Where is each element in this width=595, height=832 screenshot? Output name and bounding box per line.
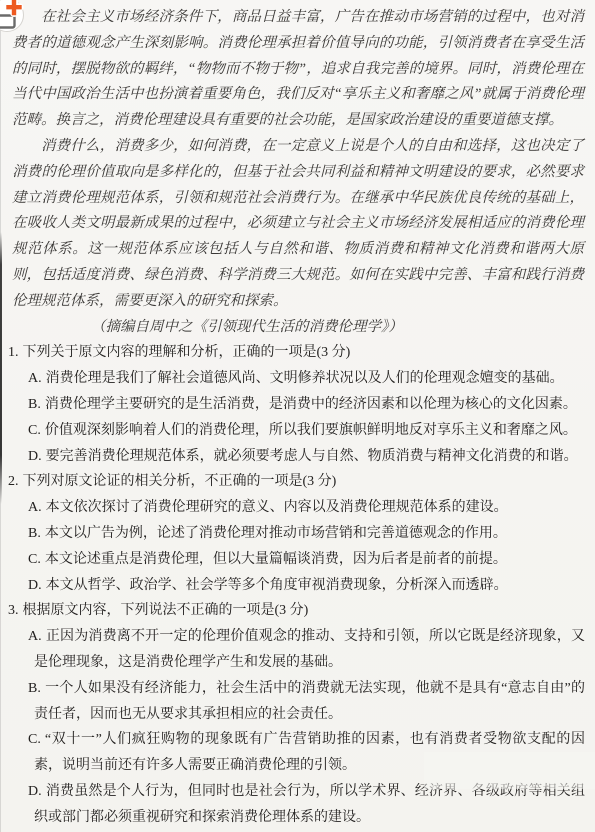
option-text: “双十一”人们疯狂购物的现象既有广告营销助推的因素，也有消费者受物欲支配的因素，…: [34, 732, 585, 773]
reading-passage: 在社会主义市场经济条件下，商品日益丰富，广告在推动市场营销的过程中，也对消费者的…: [0, 5, 595, 340]
option-text: 要完善消费伦理规范体系，就必须要考虑人与自然、物质消费与精神文化消费的和谐。: [46, 449, 578, 464]
question-2-option-d: D.本文从哲学、政治学、社会学等多个角度审视消费现象，分析深入而透辟。: [8, 573, 585, 599]
question-1-stem-text: 下列关于原文内容的理解和分析，正确的一项是(3 分): [23, 345, 351, 360]
option-text: 消费伦理是我们了解社会道德风尚、文明修养状况以及人们的伦理观念嬗变的基础。: [46, 371, 564, 386]
scanned-exam-page: 在社会主义市场经济条件下，商品日益丰富，广告在推动市场营销的过程中，也对消费者的…: [0, 0, 595, 832]
question-2: 2.下列对原文论证的相关分析，不正确的一项是(3 分) A.本文依次探讨了消费伦…: [8, 469, 585, 598]
question-2-option-b: B.本文以广告为例，论述了消费伦理对推动市场营销和完善道德观念的作用。: [8, 521, 585, 547]
screenshot-add-icon[interactable]: [0, 0, 27, 37]
question-1-option-b: B.消费伦理学主要研究的是生活消费，是消费中的经济因素和以伦理为核心的文化因素。: [8, 392, 585, 418]
question-1-option-a: A.消费伦理是我们了解社会道德风尚、文明修养状况以及人们的伦理观念嬗变的基础。: [8, 366, 585, 392]
question-1-option-d: D.要完善消费伦理规范体系，就必须要考虑人与自然、物质消费与精神文化消费的和谐。: [8, 444, 585, 470]
question-1-number: 1.: [8, 345, 23, 360]
option-label: D.: [28, 578, 46, 593]
question-3-number: 3.: [8, 603, 23, 618]
option-text: 本文论述重点是消费伦理，但以大量篇幅谈消费，因为后者是前者的前提。: [45, 552, 507, 567]
question-3-stem-text: 根据原文内容，下列说法不正确的一项是(3 分): [23, 603, 309, 618]
option-label: B.: [28, 681, 45, 696]
question-1-stem: 1.下列关于原文内容的理解和分析，正确的一项是(3 分): [8, 340, 585, 366]
question-section: 1.下列关于原文内容的理解和分析，正确的一项是(3 分) A.消费伦理是我们了解…: [0, 340, 595, 830]
question-2-option-c: C.本文论述重点是消费伦理，但以大量篇幅谈消费，因为后者是前者的前提。: [8, 547, 585, 573]
question-3: 3.根据原文内容，下列说法不正确的一项是(3 分) A.正因为消费离不开一定的伦…: [8, 598, 585, 830]
passage-citation: （摘编自周中之《引领现代生活的消费伦理学》）: [12, 315, 584, 341]
option-label: A.: [28, 500, 46, 515]
question-2-stem-text: 下列对原文论证的相关分析，不正确的一项是(3 分): [23, 474, 337, 489]
question-3-stem: 3.根据原文内容，下列说法不正确的一项是(3 分): [8, 598, 585, 624]
question-1-option-c: C.价值观深刻影响着人们的消费伦理，所以我们要旗帜鲜明地反对享乐主义和奢靡之风。: [8, 418, 585, 444]
question-2-option-a: A.本文依次探讨了消费伦理研究的意义、内容以及消费伦理规范体系的建设。: [8, 495, 585, 521]
option-label: B.: [28, 526, 45, 541]
question-3-option-a: A.正因为消费离不开一定的伦理价值观念的推动、支持和引领，所以它既是经济现象，又…: [8, 624, 585, 676]
option-label: A.: [28, 371, 46, 386]
option-label: C.: [28, 732, 45, 747]
option-text: 正因为消费离不开一定的伦理价值观念的推动、支持和引领，所以它既是经济现象，又是伦…: [34, 629, 585, 670]
option-label: A.: [28, 629, 46, 644]
option-text: 本文以广告为例，论述了消费伦理对推动市场营销和完善道德观念的作用。: [45, 526, 507, 541]
option-text: 本文从哲学、政治学、社会学等多个角度审视消费现象，分析深入而透辟。: [46, 578, 508, 593]
option-label: D.: [28, 449, 46, 464]
option-label: C.: [28, 423, 45, 438]
question-1: 1.下列关于原文内容的理解和分析，正确的一项是(3 分) A.消费伦理是我们了解…: [8, 340, 585, 469]
passage-paragraph-1: 在社会主义市场经济条件下，商品日益丰富，广告在推动市场营销的过程中，也对消费者的…: [12, 5, 584, 134]
question-2-stem: 2.下列对原文论证的相关分析，不正确的一项是(3 分): [8, 469, 585, 495]
option-text: 价值观深刻影响着人们的消费伦理，所以我们要旗帜鲜明地反对享乐主义和奢靡之风。: [45, 423, 577, 438]
screenshot-add-icon-glyph: [0, 0, 27, 37]
option-text: 一个人如果没有经济能力，社会生活中的消费就无法实现，他就不是具有“意志自由”的责…: [34, 681, 585, 722]
question-3-option-b: B.一个人如果没有经济能力，社会生活中的消费就无法实现，他就不是具有“意志自由”…: [8, 676, 585, 728]
option-text: 消费虽然是个人行为，但同时也是社会行为，所以学术界、经济界、各级政府等相关组织或…: [34, 784, 585, 825]
option-text: 本文依次探讨了消费伦理研究的意义、内容以及消费伦理规范体系的建设。: [46, 500, 508, 515]
passage-paragraph-2: 消费什么，消费多少，如何消费，在一定意义上说是个人的自由和选择，这也决定了消费的…: [12, 134, 584, 315]
question-3-option-d: D.消费虽然是个人行为，但同时也是社会行为，所以学术界、经济界、各级政府等相关组…: [8, 779, 585, 831]
question-3-option-c: C.“双十一”人们疯狂购物的现象既有广告营销助推的因素，也有消费者受物欲支配的因…: [8, 727, 585, 779]
scan-edge-artifact: [0, 232, 2, 504]
option-text: 消费伦理学主要研究的是生活消费，是消费中的经济因素和以伦理为核心的文化因素。: [45, 397, 577, 412]
option-label: D.: [28, 784, 46, 799]
question-2-number: 2.: [8, 474, 23, 489]
option-label: B.: [28, 397, 45, 412]
option-label: C.: [28, 552, 45, 567]
